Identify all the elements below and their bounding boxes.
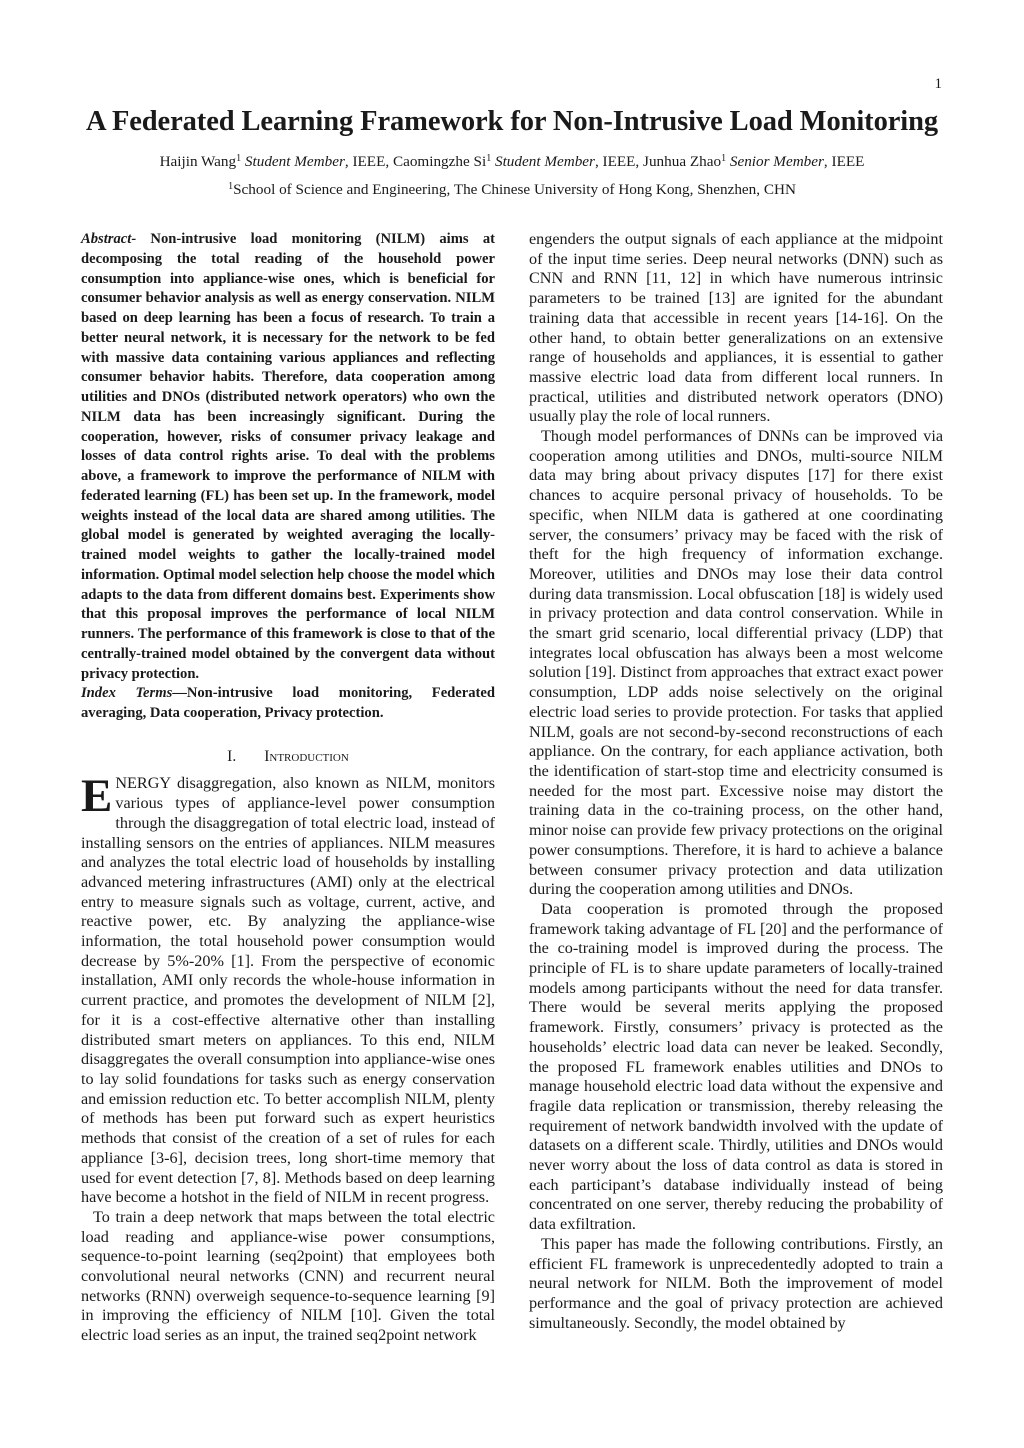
paragraph: Data cooperation is promoted through the… [529,900,943,1235]
author-name: Haijin Wang [160,153,237,170]
index-terms: Index Terms—Non-intrusive load monitorin… [81,684,495,724]
paragraph: To train a deep network that maps betwee… [81,1208,495,1346]
section-title: Introduction [264,748,349,765]
author-org: , IEEE [824,153,864,170]
section-number: I. [227,748,236,765]
paragraph-text: NERGY disaggregation, also known as NILM… [81,774,495,1206]
author-line: Haijin Wang1 Student Member, IEEE, Caomi… [0,153,1024,171]
author-role: Senior Member [730,153,824,170]
right-column: engenders the output signals of each app… [529,230,943,1333]
author-role: Student Member [495,153,595,170]
paragraph: Though model performances of DNNs can be… [529,427,943,900]
author-role: Student Member [245,153,345,170]
affiliation-mark: 1 [236,153,241,164]
paragraph-continued: engenders the output signals of each app… [529,230,943,427]
paragraph: ENERGY disaggregation, also known as NIL… [81,774,495,1207]
abstract-text: Non-intrusive load monitoring (NILM) aim… [81,231,495,682]
drop-cap: E [81,777,112,815]
affiliation-mark: 1 [721,153,726,164]
affiliation-mark: 1 [486,153,491,164]
index-terms-dash: — [172,685,187,701]
author-name: Caomingzhe Si [393,153,486,170]
affiliation: 1School of Science and Engineering, The … [0,181,1024,199]
affiliation-text: School of Science and Engineering, The C… [233,181,796,198]
section-heading: I.Introduction [81,747,495,767]
page-number: 1 [935,76,943,93]
author-org: , IEEE, [595,153,643,170]
author-name: Junhua Zhao [643,153,721,170]
index-terms-label: Index Terms [81,685,172,701]
abstract-label: Abstract [81,231,131,247]
left-column: Abstract- Non-intrusive load monitoring … [81,230,495,1346]
abstract: Abstract- Non-intrusive load monitoring … [81,230,495,684]
paper-title: A Federated Learning Framework for Non-I… [0,106,1024,138]
abstract-dash: - [131,231,150,247]
author-org: , IEEE, [345,153,393,170]
paragraph: This paper has made the following contri… [529,1235,943,1334]
